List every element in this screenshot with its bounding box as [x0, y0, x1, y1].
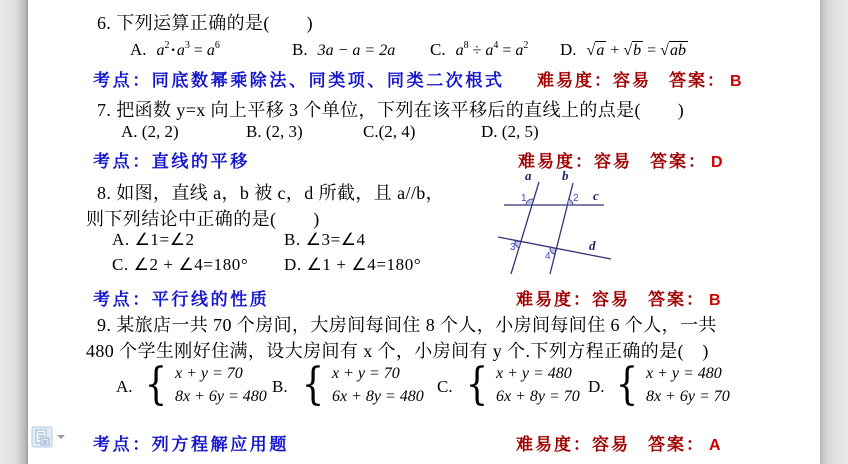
difficulty-label: 难易度：容易: [518, 152, 632, 171]
q6-option-d: D.√a + √b = √ab: [560, 40, 688, 60]
equation-pair: x + y = 708x + 6y = 480: [175, 363, 267, 408]
page-margin-right: [820, 0, 848, 464]
figure-label-d: d: [589, 238, 596, 253]
page-margin-left: [0, 0, 28, 464]
difficulty-label: 难易度：容易: [516, 290, 630, 309]
q7-option-d: D. (2, 5): [481, 122, 539, 142]
figure-angle-1: 1: [521, 193, 527, 204]
equation-pair: x + y = 4806x + 8y = 70: [496, 363, 580, 408]
q9-option-b-label: B.: [272, 377, 288, 397]
q7-option-b: B. (2, 3): [246, 122, 303, 142]
answer-value: A: [709, 437, 723, 454]
review-meta-q7: 难易度：容易答案：D: [518, 147, 725, 172]
angle-4-arc: [550, 247, 556, 254]
equation-pair: x + y = 4808x + 6y = 70: [646, 363, 730, 408]
q8-option-a: A. ∠1=∠2: [112, 230, 195, 250]
figure-label-b: b: [562, 170, 569, 183]
q9-option-d-label: D.: [588, 377, 605, 397]
q8-option-d: D. ∠1 + ∠4=180°: [284, 255, 421, 275]
brace-left: {: [466, 361, 488, 409]
answer-label: 答案：: [669, 71, 726, 90]
answer-value: B: [730, 73, 744, 90]
q9-system-b: { x + y = 706x + 8y = 480: [299, 361, 424, 409]
brace-left: {: [302, 361, 324, 409]
answer-label: 答案：: [648, 435, 705, 454]
q9-system-c: { x + y = 4806x + 8y = 70: [463, 361, 580, 409]
q6-stem: 6. 下列运算正确的是( ): [97, 9, 313, 35]
document-page: 6. 下列运算正确的是( ) A.a2·a3 = a6 B.3a − a = 2…: [0, 0, 848, 464]
formula-q6c: a8 ÷ a4 = a2: [456, 42, 529, 59]
figure-angle-2: 2: [573, 193, 579, 204]
review-topic-q7: 考点：直线的平移: [93, 147, 250, 172]
formula-q6d: √a + √b = √ab: [587, 41, 688, 59]
review-topic-q6: 考点：同底数幂乘除法、同类项、同类二次根式: [93, 66, 505, 91]
brace-left: {: [616, 361, 638, 409]
formula-q6a: a2·a3 = a6: [157, 42, 220, 59]
q6-option-b: B.3a − a = 2a: [292, 40, 395, 60]
q9-stem-line1: 9. 某旅店一共 70 个房间，大房间每间住 8 个人，小房间每间住 6 个人，…: [97, 311, 717, 337]
chevron-down-icon[interactable]: [55, 432, 67, 442]
difficulty-label: 难易度：容易: [537, 71, 651, 90]
brace-left: {: [145, 361, 167, 409]
paste-options-icon[interactable]: [31, 426, 53, 448]
q6-option-a: A.a2·a3 = a6: [130, 40, 220, 60]
answer-label: 答案：: [648, 290, 705, 309]
review-meta-q8: 难易度：容易答案：B: [516, 285, 723, 310]
q8-option-b: B. ∠3=∠4: [284, 230, 366, 250]
q9-system-a: { x + y = 708x + 6y = 480: [142, 361, 267, 409]
figure-label-a: a: [525, 170, 532, 183]
q8-stem-line2: 则下列结论中正确的是( ): [86, 205, 320, 231]
formula-q6b: 3a − a = 2a: [318, 42, 396, 59]
angle-1-arc: [526, 199, 534, 205]
q9-option-c-label: C.: [437, 377, 453, 397]
figure-label-c: c: [593, 188, 599, 203]
q7-option-c: C.(2, 4): [363, 122, 415, 142]
difficulty-label: 难易度：容易: [516, 435, 630, 454]
figure-angle-3: 3: [510, 242, 516, 253]
answer-value: B: [709, 292, 723, 309]
answer-label: 答案：: [650, 152, 707, 171]
review-meta-q6: 难易度：容易答案：B: [537, 66, 744, 91]
figure-angle-4: 4: [545, 251, 551, 262]
q9-system-d: { x + y = 4808x + 6y = 70: [613, 361, 730, 409]
review-meta-q9: 难易度：容易答案：A: [516, 430, 723, 455]
review-topic-q9: 考点：列方程解应用题: [93, 430, 289, 455]
equation-pair: x + y = 706x + 8y = 480: [332, 363, 424, 408]
q8-option-c: C. ∠2 + ∠4=180°: [112, 255, 248, 275]
q6-option-c: C.a8 ÷ a4 = a2: [430, 40, 528, 60]
q8-parallel-lines-figure: a b c d 1 2 3 4: [492, 170, 628, 288]
review-topic-q8: 考点：平行线的性质: [93, 285, 269, 310]
q7-option-a: A. (2, 2): [121, 122, 179, 142]
q7-stem: 7. 把函数 y=x 向上平移 3 个单位，下列在该平移后的直线上的点是( ): [97, 96, 684, 122]
angle-3-arc: [515, 241, 521, 248]
q9-option-a-label: A.: [116, 377, 133, 397]
q8-stem-line1: 8. 如图，直线 a，b 被 c，d 所截，且 a//b，: [97, 179, 444, 205]
answer-value: D: [711, 154, 725, 171]
